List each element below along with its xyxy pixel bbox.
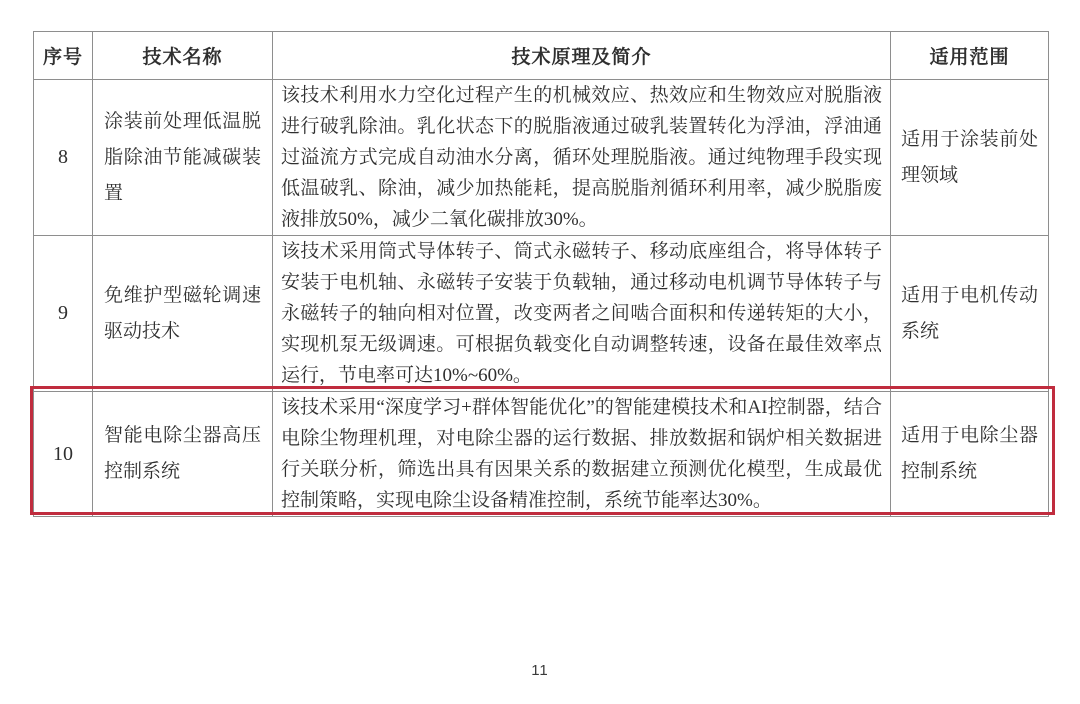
- col-header-applicable-scope: 适用范围: [891, 32, 1049, 80]
- page-number: 11: [0, 662, 1080, 679]
- col-header-tech-principle: 技术原理及简介: [273, 32, 891, 80]
- table-row-8: 8 涂装前处理低温脱脂除油节能减碳装置 该技术利用水力空化过程产生的机械效应、热…: [34, 80, 1049, 236]
- tech-description: 该技术采用“深度学习+群体智能优化”的智能建模技术和AI控制器，结合电除尘物理机…: [273, 392, 891, 517]
- row-serial-no: 9: [34, 236, 93, 392]
- tech-scope: 适用于电机传动系统: [891, 236, 1049, 392]
- tech-name: 涂装前处理低温脱脂除油节能减碳装置: [93, 80, 273, 236]
- tech-name: 智能电除尘器高压控制系统: [93, 392, 273, 517]
- col-header-tech-name: 技术名称: [93, 32, 273, 80]
- document-page: 序号 技术名称 技术原理及简介 适用范围 8 涂装前处理低温脱脂除油节能减碳装置…: [0, 0, 1080, 704]
- table-row-10-highlighted: 10 智能电除尘器高压控制系统 该技术采用“深度学习+群体智能优化”的智能建模技…: [34, 392, 1049, 517]
- row-serial-no: 8: [34, 80, 93, 236]
- table-row-9: 9 免维护型磁轮调速驱动技术 该技术采用筒式导体转子、筒式永磁转子、移动底座组合…: [34, 236, 1049, 392]
- tech-name: 免维护型磁轮调速驱动技术: [93, 236, 273, 392]
- tech-scope: 适用于涂装前处理领域: [891, 80, 1049, 236]
- table-header-row: 序号 技术名称 技术原理及简介 适用范围: [34, 32, 1049, 80]
- row-serial-no: 10: [34, 392, 93, 517]
- col-header-serial-no: 序号: [34, 32, 93, 80]
- tech-scope: 适用于电除尘器控制系统: [891, 392, 1049, 517]
- tech-description: 该技术利用水力空化过程产生的机械效应、热效应和生物效应对脱脂液进行破乳除油。乳化…: [273, 80, 891, 236]
- tech-description: 该技术采用筒式导体转子、筒式永磁转子、移动底座组合，将导体转子安装于电机轴、永磁…: [273, 236, 891, 392]
- technology-table: 序号 技术名称 技术原理及简介 适用范围 8 涂装前处理低温脱脂除油节能减碳装置…: [33, 31, 1049, 517]
